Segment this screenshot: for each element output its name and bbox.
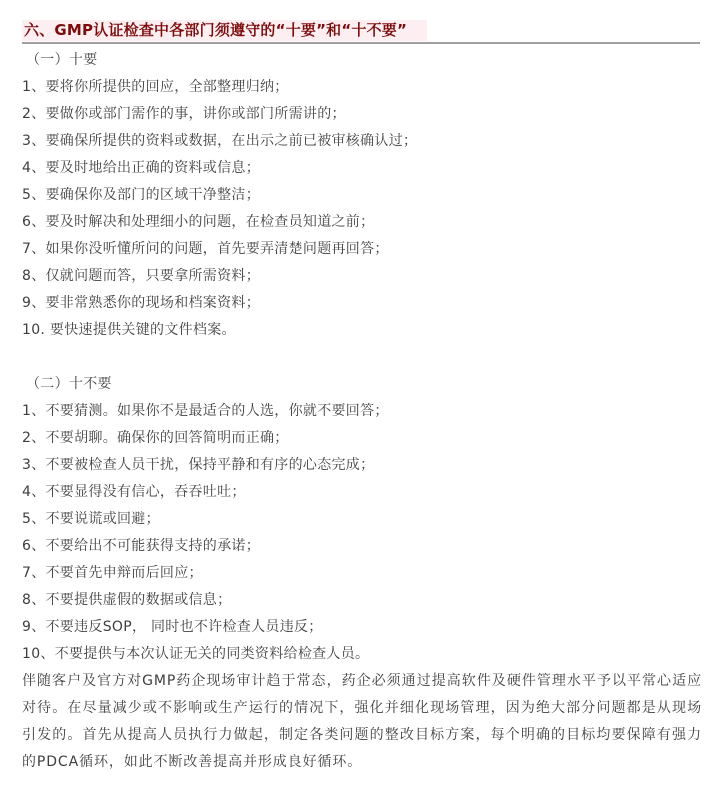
list-item: 2、要做你或部门需作的事，讲你或部门所需讲的；: [22, 101, 700, 128]
list-item: 9、不要违反SOP， 同时也不许检查人员违反；: [22, 614, 700, 641]
list-item: 10. 要快速提供关键的文件档案。: [22, 317, 700, 344]
list-item: 6、要及时解决和处理细小的问题，在检查员知道之前；: [22, 209, 700, 236]
list-item: 5、不要说谎或回避；: [22, 506, 700, 533]
list-item: 7、不要首先申辩而后回应；: [22, 560, 700, 587]
list-item: 6、不要给出不可能获得支持的承诺；: [22, 533, 700, 560]
dos-list: 1、要将你所提供的回应，全部整理归纳； 2、要做你或部门需作的事，讲你或部门所需…: [22, 74, 700, 344]
list-item: 10、不要提供与本次认证无关的同类资料给检查人员。: [22, 641, 700, 668]
list-item: 8、不要提供虚假的数据或信息；: [22, 587, 700, 614]
list-item: 4、不要显得没有信心，吞吞吐吐；: [22, 479, 700, 506]
list-item: 3、不要被检查人员干扰，保持平静和有序的心态完成；: [22, 452, 700, 479]
section-title: 六、GMP认证检查中各部门须遵守的“十要”和“十不要”: [22, 20, 427, 41]
dos-heading: （一）十要: [22, 47, 700, 74]
list-item: 4、要及时地给出正确的资料或信息；: [22, 155, 700, 182]
article-body: 六、GMP认证检查中各部门须遵守的“十要”和“十不要” （一）十要 1、要将你所…: [22, 20, 700, 776]
list-item: 2、不要胡聊。确保你的回答简明而正确；: [22, 425, 700, 452]
section-header: 六、GMP认证检查中各部门须遵守的“十要”和“十不要”: [22, 20, 700, 44]
list-item: 3、要确保所提供的资料或数据，在出示之前已被审核确认过；: [22, 128, 700, 155]
donts-heading: （二）十不要: [22, 371, 700, 398]
list-item: 7、如果你没听懂所问的问题，首先要弄清楚问题再回答；: [22, 236, 700, 263]
conclusion-paragraph: 伴随客户及官方对GMP药企现场审计趋于常态，药企必须通过提高软件及硬件管理水平予…: [22, 668, 702, 776]
list-item: 9、要非常熟悉你的现场和档案资料；: [22, 290, 700, 317]
list-item: 5、要确保你及部门的区域干净整洁；: [22, 182, 700, 209]
donts-list: 1、不要猜测。如果你不是最适合的人选，你就不要回答； 2、不要胡聊。确保你的回答…: [22, 398, 700, 668]
list-item: 8、仅就问题而答，只要拿所需资料；: [22, 263, 700, 290]
list-item: 1、不要猜测。如果你不是最适合的人选，你就不要回答；: [22, 398, 700, 425]
list-item: 1、要将你所提供的回应，全部整理归纳；: [22, 74, 700, 101]
spacer: [22, 344, 700, 371]
